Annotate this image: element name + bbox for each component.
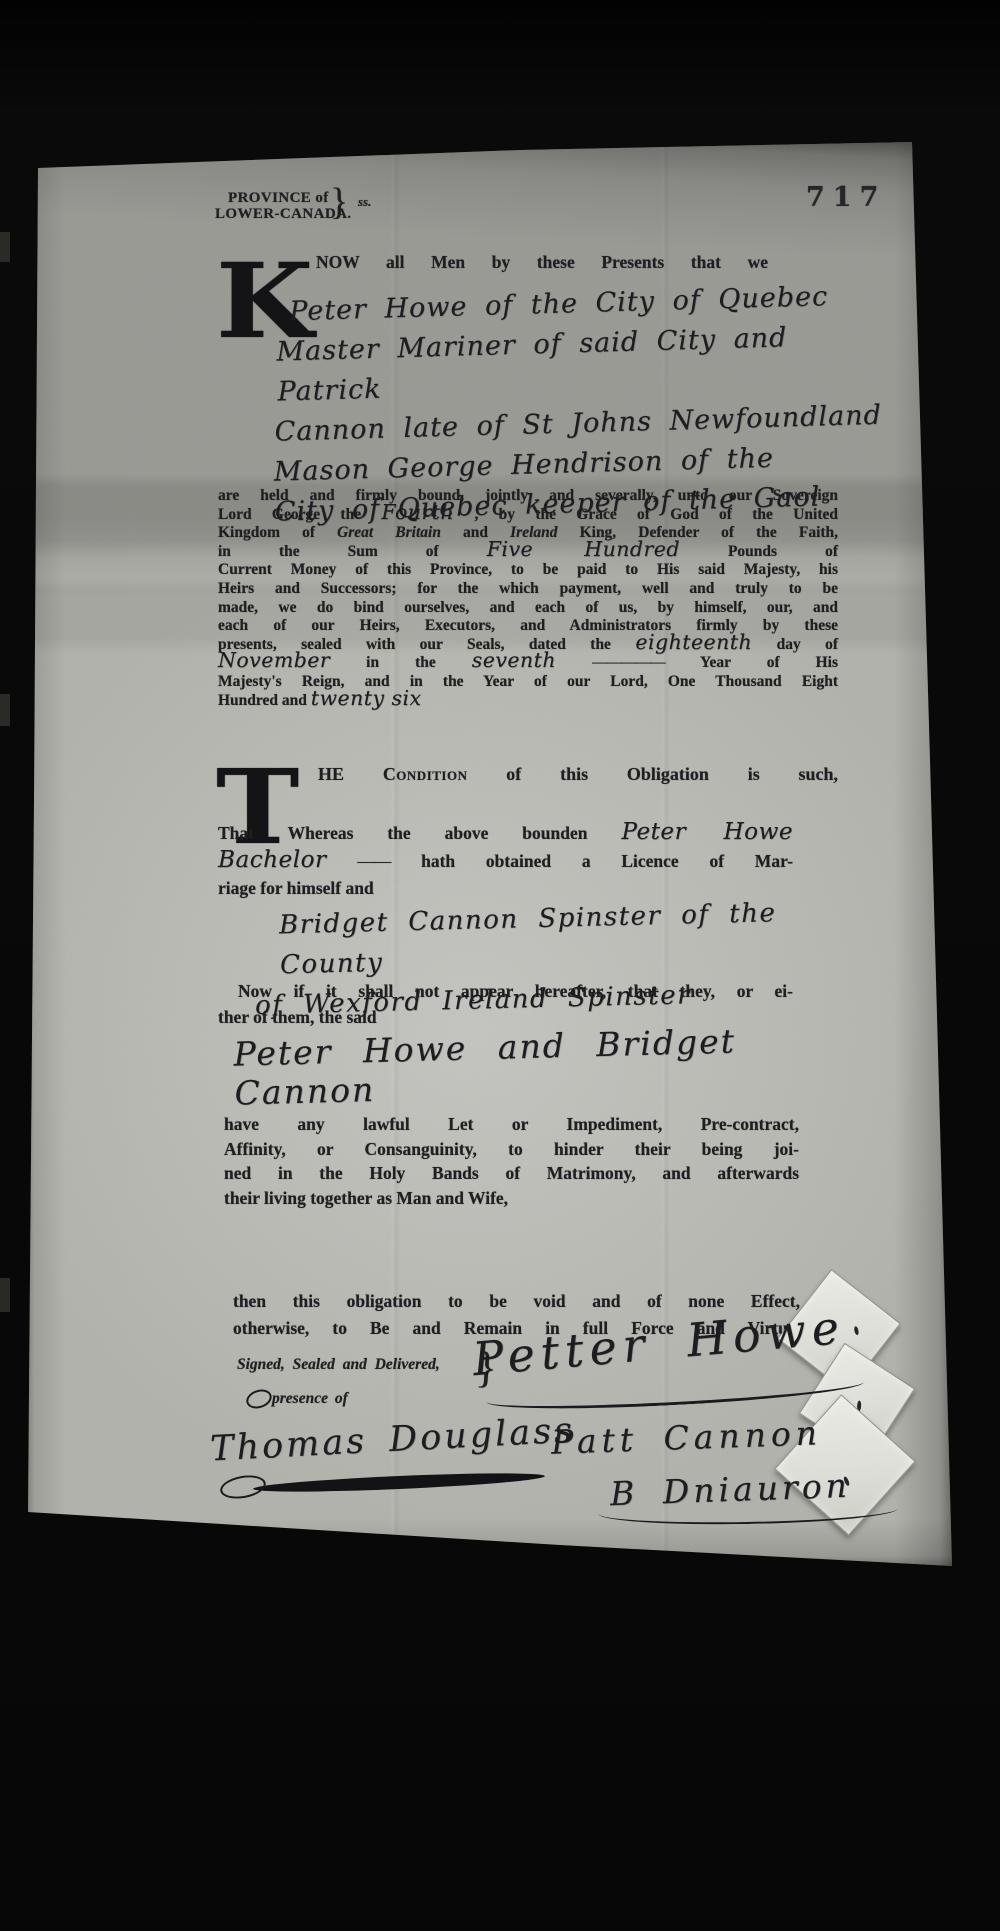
header-brace: } [330, 180, 348, 224]
scanned-document-frame: PROVINCE of LOWER-CANADA. } ss. 717 K NO… [0, 0, 1000, 1931]
signed-sealed-label: Signed, Sealed and Delivered, [237, 1356, 440, 1374]
opening-heading: NOW all Men by these Presents that we [316, 252, 768, 273]
ss-abbreviation: ss. [358, 194, 371, 210]
film-edge-notch [0, 232, 10, 262]
document-page: PROVINCE of LOWER-CANADA. } ss. 717 K NO… [24, 138, 956, 1570]
impediment-paragraph: have any lawful Let or Impediment, Pre-c… [224, 1112, 799, 1210]
seal-ink-mark [854, 1326, 860, 1336]
bond-paragraph: are held and firmly bound, jointly and s… [218, 487, 838, 710]
page-number: 717 [806, 182, 886, 213]
handwritten-line: Bridget Cannon Spinster of the County [279, 890, 891, 985]
film-edge-notch [0, 1278, 10, 1312]
presence-label: presence of [272, 1390, 348, 1408]
condition-block1: That Whereas the above bounden Peter How… [218, 820, 793, 903]
condition-heading: HE Condition of this Obligation is such, [318, 764, 838, 785]
film-edge-notch [0, 694, 10, 726]
